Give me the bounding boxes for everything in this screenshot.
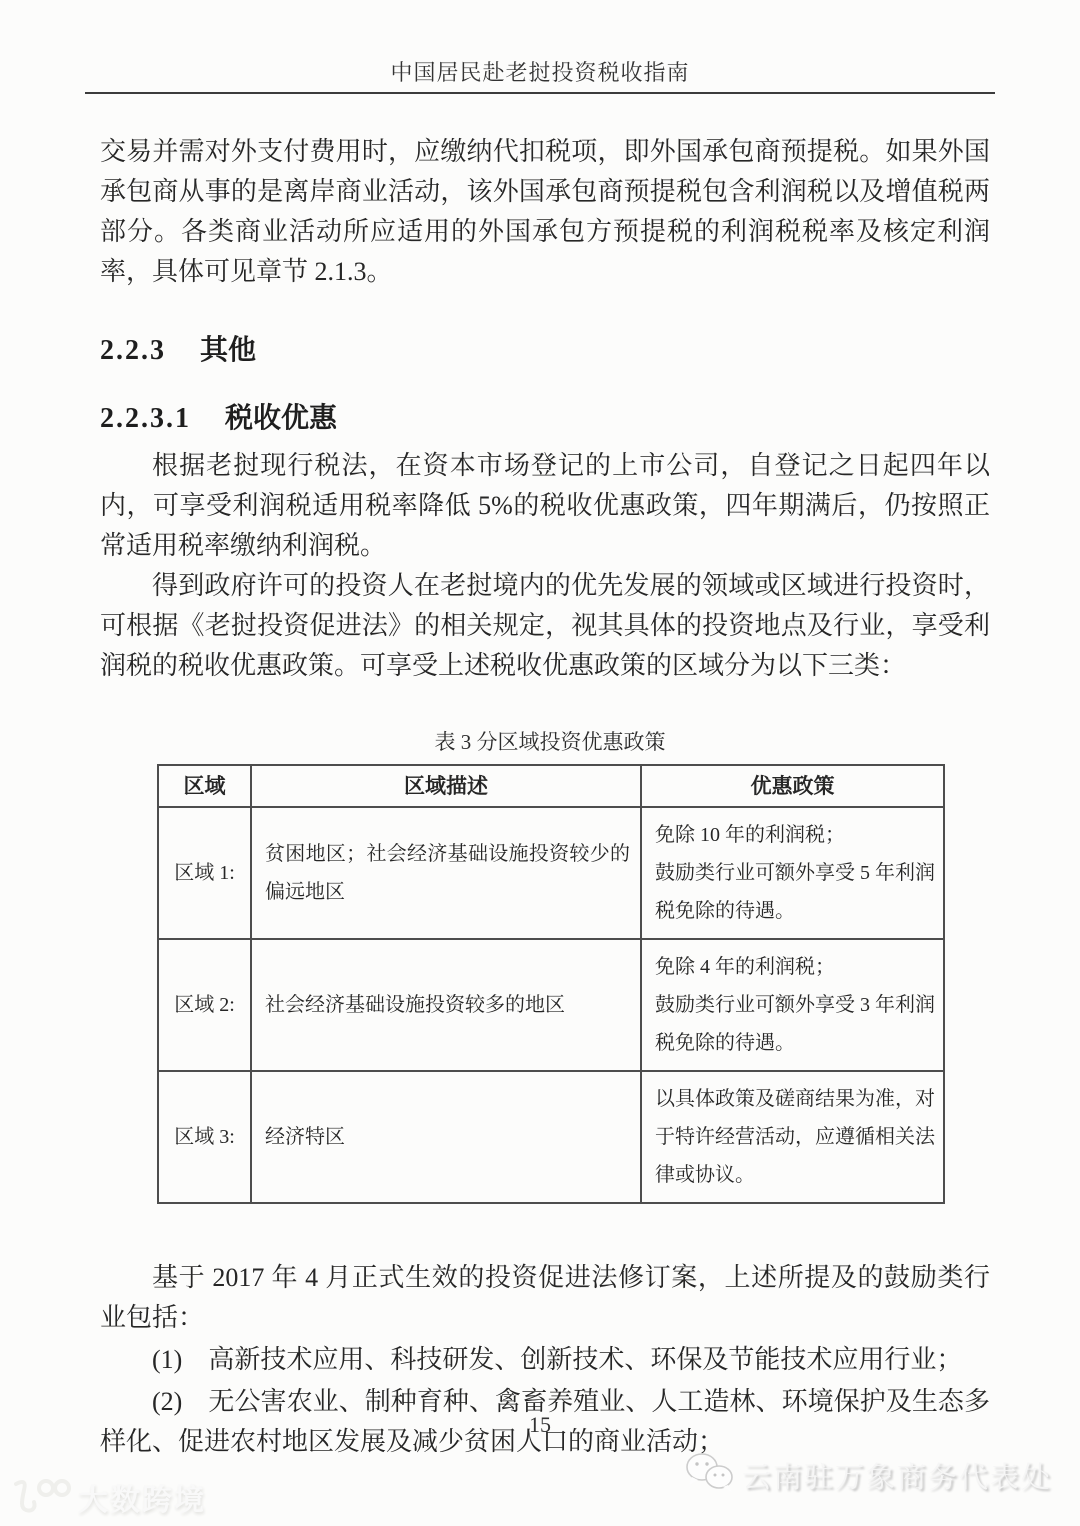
- zone-description: 社会经济基础设施投资较多的地区: [251, 939, 641, 1071]
- header-title: 中国居民赴老挝投资税收指南: [0, 58, 1080, 88]
- section-title: 其他: [200, 335, 256, 366]
- section-heading-2-2-3-1: 2.2.3.1税收优惠: [100, 398, 990, 440]
- zone-incentive-table: 区域 区域描述 优惠政策 区域 1: 贫困地区；社会经济基础设施投资较少的偏远地…: [157, 764, 945, 1204]
- section-number: 2.2.3.1: [100, 403, 191, 434]
- table-row: 区域 3: 经济特区 以具体政策及磋商结果为准，对 于特许经营活动，应遵循相关法…: [158, 1071, 944, 1203]
- section-title: 税收优惠: [225, 403, 337, 434]
- paragraph-withholding-tax: 交易并需对外支付费用时，应缴纳代扣税项，即外国承包商预提税。如果外国承包商从事的…: [100, 132, 990, 292]
- list-item-1: (1) 高新技术应用、科技研发、创新技术、环保及节能技术应用行业；: [100, 1340, 990, 1380]
- zone-policy: 免除 10 年的利润税； 鼓励类行业可额外享受 5 年利润 税免除的待遇。: [641, 807, 944, 939]
- footer-logo: 大数跨境: [10, 1470, 206, 1523]
- page-number: 15: [0, 1412, 1080, 1438]
- zone-label: 区域 3:: [158, 1071, 251, 1203]
- zone-label: 区域 1:: [158, 807, 251, 939]
- logo-100-icon: [10, 1470, 74, 1523]
- column-header-zone: 区域: [158, 765, 251, 807]
- zone-policy: 以具体政策及磋商结果为准，对 于特许经营活动，应遵循相关法 律或协议。: [641, 1071, 944, 1203]
- page-header: 中国居民赴老挝投资税收指南: [0, 0, 1080, 94]
- zone-description: 经济特区: [251, 1071, 641, 1203]
- table-row: 区域 2: 社会经济基础设施投资较多的地区 免除 4 年的利润税； 鼓励类行业可…: [158, 939, 944, 1071]
- zone-label: 区域 2:: [158, 939, 251, 1071]
- zone-description: 贫困地区；社会经济基础设施投资较少的偏远地区: [251, 807, 641, 939]
- document-page: 中国居民赴老挝投资税收指南 交易并需对外支付费用时，应缴纳代扣税项，即外国承包商…: [0, 0, 1080, 1526]
- table-caption: 表 3 分区域投资优惠政策: [157, 726, 943, 758]
- header-rule: [85, 92, 995, 94]
- table-header-row: 区域 区域描述 优惠政策: [158, 765, 944, 807]
- zone-policy: 免除 4 年的利润税； 鼓励类行业可额外享受 3 年利润 税免除的待遇。: [641, 939, 944, 1071]
- paragraph-2017-amendment: 基于 2017 年 4 月正式生效的投资促进法修订案，上述所提及的鼓励类行业包括…: [100, 1258, 990, 1338]
- paragraph-listed-company-incentive: 根据老挝现行税法，在资本市场登记的上市公司，自登记之日起四年以内，可享受利润税适…: [100, 446, 990, 566]
- page-content: 交易并需对外支付费用时，应缴纳代扣税项，即外国承包商预提税。如果外国承包商从事的…: [100, 132, 990, 1462]
- column-header-policy: 优惠政策: [641, 765, 944, 807]
- section-heading-2-2-3: 2.2.3其他: [100, 330, 990, 372]
- paragraph-promotion-law-zones: 得到政府许可的投资人在老挝境内的优先发展的领域或区域进行投资时，可根据《老挝投资…: [100, 566, 990, 686]
- section-number: 2.2.3: [100, 335, 166, 366]
- footer-logo-text: 大数跨境: [78, 1475, 206, 1519]
- table-row: 区域 1: 贫困地区；社会经济基础设施投资较少的偏远地区 免除 10 年的利润税…: [158, 807, 944, 939]
- column-header-description: 区域描述: [251, 765, 641, 807]
